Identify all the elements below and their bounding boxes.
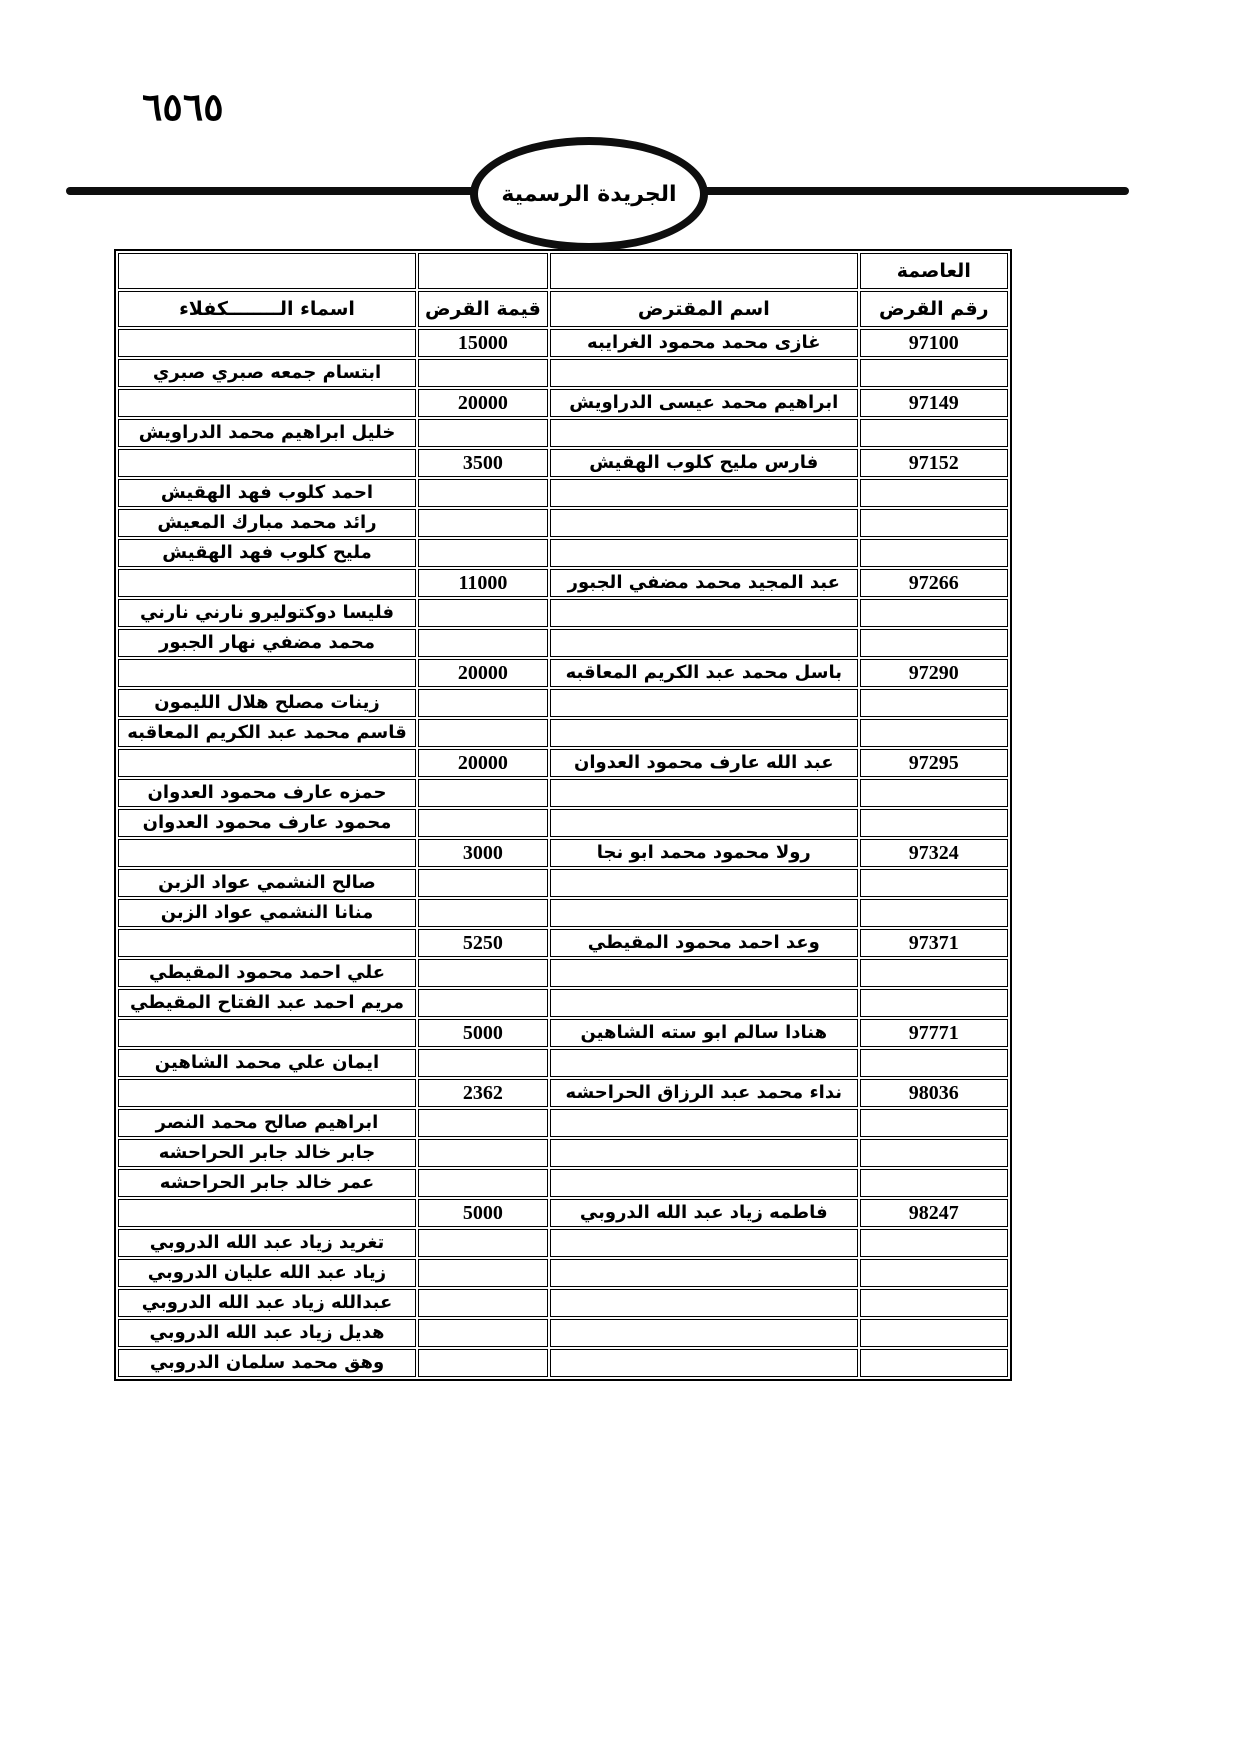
borrower-cell [550, 689, 858, 717]
guarantor-cell [118, 569, 416, 597]
borrower-cell: رولا محمود محمد ابو نجا [550, 839, 858, 867]
borrower-cell: هنادا سالم ابو سته الشاهين [550, 1019, 858, 1047]
empty-cell [118, 253, 416, 289]
amount-cell [418, 1049, 548, 1077]
borrower-cell [550, 1109, 858, 1137]
amount-cell [418, 989, 548, 1017]
amount-cell [418, 1349, 548, 1377]
loan-number-cell [860, 1289, 1008, 1317]
guarantor-cell: محمد مضفي نهار الجبور [118, 629, 416, 657]
amount-cell [418, 509, 548, 537]
amount-cell: 15000 [418, 329, 548, 357]
guarantor-row: رائد محمد مبارك المعيش [118, 509, 1008, 537]
guarantor-cell: علي احمد محمود المقيطي [118, 959, 416, 987]
guarantor-cell: ابراهيم صالح محمد النصر [118, 1109, 416, 1137]
loan-row: 97371وعد احمد محمود المقيطي5250 [118, 929, 1008, 957]
borrower-cell [550, 779, 858, 807]
amount-cell: 20000 [418, 389, 548, 417]
guarantor-row: حمزه عارف محمود العدوان [118, 779, 1008, 807]
page-number: ٦٥٦٥ [142, 84, 224, 129]
amount-cell [418, 809, 548, 837]
amount-cell [418, 959, 548, 987]
guarantor-cell [118, 1079, 416, 1107]
amount-cell [418, 1109, 548, 1137]
loan-number-cell [860, 809, 1008, 837]
guarantor-cell [118, 329, 416, 357]
guarantor-row: محمد مضفي نهار الجبور [118, 629, 1008, 657]
loan-row: 98036نداء محمد عبد الرزاق الحراحشه2362 [118, 1079, 1008, 1107]
borrower-cell [550, 989, 858, 1017]
borrower-cell [550, 869, 858, 897]
loan-number-cell: 97295 [860, 749, 1008, 777]
loan-number-cell [860, 539, 1008, 567]
borrower-cell: عبد المجيد محمد مضفي الجبور [550, 569, 858, 597]
guarantor-cell: حمزه عارف محمود العدوان [118, 779, 416, 807]
borrower-cell [550, 959, 858, 987]
region-label-cell: العاصمة [860, 253, 1008, 289]
loan-number-cell [860, 359, 1008, 387]
borrower-cell [550, 1319, 858, 1347]
guarantor-row: وهق محمد سلمان الدروبي [118, 1349, 1008, 1377]
guarantor-cell: ايمان علي محمد الشاهين [118, 1049, 416, 1077]
guarantor-row: زينات مصلح هلال الليمون [118, 689, 1008, 717]
guarantor-row: مريم احمد عبد الفتاح المقيطي [118, 989, 1008, 1017]
guarantor-cell: وهق محمد سلمان الدروبي [118, 1349, 416, 1377]
loan-number-cell: 97324 [860, 839, 1008, 867]
guarantor-cell: رائد محمد مبارك المعيش [118, 509, 416, 537]
loan-number-cell [860, 869, 1008, 897]
guarantor-cell: مليح كلوب فهد الهقيش [118, 539, 416, 567]
loans-table: العاصمة رقم القرض اسم المقترض قيمة القرض… [114, 249, 1012, 1381]
guarantor-cell: فليسا دوكتوليرو نارني نارني [118, 599, 416, 627]
borrower-cell: عبد الله عارف محمود العدوان [550, 749, 858, 777]
amount-cell: 20000 [418, 659, 548, 687]
guarantor-cell: احمد كلوب فهد الهقيش [118, 479, 416, 507]
loan-amount-header: قيمة القرض [418, 291, 548, 327]
borrower-cell [550, 479, 858, 507]
borrower-cell: فاطمه زياد عبد الله الدروبي [550, 1199, 858, 1227]
loan-row: 98247فاطمه زياد عبد الله الدروبي5000 [118, 1199, 1008, 1227]
loan-number-cell [860, 1259, 1008, 1287]
masthead-title: الجريدة الرسمية [501, 182, 676, 207]
amount-cell: 11000 [418, 569, 548, 597]
guarantor-cell: زياد عبد الله عليان الدروبي [118, 1259, 416, 1287]
guarantor-cell [118, 449, 416, 477]
loan-row: 97290باسل محمد عبد الكريم المعاقبه20000 [118, 659, 1008, 687]
borrower-cell [550, 809, 858, 837]
guarantor-cell [118, 839, 416, 867]
guarantor-cell: عمر خالد جابر الحراحشه [118, 1169, 416, 1197]
loan-number-cell [860, 719, 1008, 747]
guarantor-row: عمر خالد جابر الحراحشه [118, 1169, 1008, 1197]
loan-number-cell [860, 1229, 1008, 1257]
amount-cell: 5000 [418, 1019, 548, 1047]
borrower-cell [550, 1049, 858, 1077]
amount-cell [418, 1259, 548, 1287]
empty-cell [550, 253, 858, 289]
guarantor-row: قاسم محمد عبد الكريم المعاقبه [118, 719, 1008, 747]
borrower-cell [550, 1259, 858, 1287]
borrower-cell [550, 1169, 858, 1197]
amount-cell [418, 1139, 548, 1167]
borrower-cell [550, 629, 858, 657]
guarantor-cell: جابر خالد جابر الحراحشه [118, 1139, 416, 1167]
borrower-cell [550, 719, 858, 747]
loan-row: 97100غازى محمد محمود الغرايبه15000 [118, 329, 1008, 357]
guarantor-cell: قاسم محمد عبد الكريم المعاقبه [118, 719, 416, 747]
loan-number-cell [860, 419, 1008, 447]
guarantor-cell: صالح النشمي عواد الزبن [118, 869, 416, 897]
amount-cell [418, 719, 548, 747]
loan-number-cell [860, 599, 1008, 627]
guarantor-row: عبدالله زياد عبد الله الدروبي [118, 1289, 1008, 1317]
amount-cell: 5250 [418, 929, 548, 957]
loan-number-cell: 97290 [860, 659, 1008, 687]
loan-number-cell [860, 989, 1008, 1017]
borrower-cell [550, 419, 858, 447]
loan-number-cell: 97152 [860, 449, 1008, 477]
empty-cell [418, 253, 548, 289]
guarantor-row: خليل ابراهيم محمد الدراويش [118, 419, 1008, 447]
borrower-cell [550, 599, 858, 627]
amount-cell [418, 479, 548, 507]
guarantor-row: علي احمد محمود المقيطي [118, 959, 1008, 987]
borrower-cell [550, 1349, 858, 1377]
borrower-cell: باسل محمد عبد الكريم المعاقبه [550, 659, 858, 687]
amount-cell [418, 1229, 548, 1257]
loan-number-cell: 97371 [860, 929, 1008, 957]
borrower-cell [550, 899, 858, 927]
amount-cell [418, 599, 548, 627]
loan-row: 97771هنادا سالم ابو سته الشاهين5000 [118, 1019, 1008, 1047]
borrower-cell [550, 539, 858, 567]
borrower-cell [550, 359, 858, 387]
amount-cell: 3000 [418, 839, 548, 867]
loan-number-cell [860, 1169, 1008, 1197]
loan-number-cell: 98036 [860, 1079, 1008, 1107]
loan-number-cell [860, 479, 1008, 507]
borrower-cell [550, 1289, 858, 1317]
borrower-cell: غازى محمد محمود الغرايبه [550, 329, 858, 357]
loan-row: 97295عبد الله عارف محمود العدوان20000 [118, 749, 1008, 777]
borrower-cell: وعد احمد محمود المقيطي [550, 929, 858, 957]
loan-number-cell [860, 1319, 1008, 1347]
amount-cell [418, 629, 548, 657]
amount-cell [418, 539, 548, 567]
guarantor-cell [118, 659, 416, 687]
guarantor-cell: تغريد زياد عبد الله الدروبي [118, 1229, 416, 1257]
amount-cell [418, 779, 548, 807]
amount-cell [418, 419, 548, 447]
borrower-cell [550, 1139, 858, 1167]
guarantor-cell [118, 1019, 416, 1047]
loan-row: 97266عبد المجيد محمد مضفي الجبور11000 [118, 569, 1008, 597]
amount-cell [418, 1289, 548, 1317]
guarantor-cell: هديل زياد عبد الله الدروبي [118, 1319, 416, 1347]
loan-number-cell: 97771 [860, 1019, 1008, 1047]
amount-cell [418, 359, 548, 387]
guarantor-cell: خليل ابراهيم محمد الدراويش [118, 419, 416, 447]
loan-row: 97324رولا محمود محمد ابو نجا3000 [118, 839, 1008, 867]
guarantor-row: هديل زياد عبد الله الدروبي [118, 1319, 1008, 1347]
borrower-name-header: اسم المقترض [550, 291, 858, 327]
loan-number-cell: 97100 [860, 329, 1008, 357]
guarantor-cell [118, 749, 416, 777]
guarantor-cell: محمود عارف محمود العدوان [118, 809, 416, 837]
loan-number-cell [860, 1139, 1008, 1167]
amount-cell [418, 689, 548, 717]
loan-table-body: العاصمة رقم القرض اسم المقترض قيمة القرض… [118, 253, 1008, 1377]
loan-number-cell [860, 629, 1008, 657]
amount-cell [418, 1319, 548, 1347]
column-header-row: رقم القرض اسم المقترض قيمة القرض اسماء ا… [118, 291, 1008, 327]
amount-cell [418, 1169, 548, 1197]
amount-cell [418, 869, 548, 897]
masthead-oval: الجريدة الرسمية [470, 137, 708, 251]
guarantor-row: فليسا دوكتوليرو نارني نارني [118, 599, 1008, 627]
guarantor-row: ابراهيم صالح محمد النصر [118, 1109, 1008, 1137]
guarantor-cell [118, 389, 416, 417]
guarantor-cell: ابتسام جمعه صبري صبري [118, 359, 416, 387]
loan-number-header: رقم القرض [860, 291, 1008, 327]
loan-number-cell [860, 509, 1008, 537]
loan-number-cell [860, 1349, 1008, 1377]
guarantor-row: زياد عبد الله عليان الدروبي [118, 1259, 1008, 1287]
loan-number-cell: 97266 [860, 569, 1008, 597]
loan-number-cell [860, 689, 1008, 717]
loan-number-cell [860, 899, 1008, 927]
loan-number-cell: 97149 [860, 389, 1008, 417]
guarantor-cell: عبدالله زياد عبد الله الدروبي [118, 1289, 416, 1317]
borrower-cell: فارس مليح كلوب الهقيش [550, 449, 858, 477]
loan-row: 97152فارس مليح كلوب الهقيش3500 [118, 449, 1008, 477]
borrower-cell: نداء محمد عبد الرزاق الحراحشه [550, 1079, 858, 1107]
guarantor-row: مليح كلوب فهد الهقيش [118, 539, 1008, 567]
borrower-cell [550, 509, 858, 537]
loan-row: 97149ابراهيم محمد عيسى الدراويش20000 [118, 389, 1008, 417]
guarantor-cell: مريم احمد عبد الفتاح المقيطي [118, 989, 416, 1017]
guarantor-names-header: اسماء الــــــــكفلاء [118, 291, 416, 327]
borrower-cell [550, 1229, 858, 1257]
loan-number-cell: 98247 [860, 1199, 1008, 1227]
guarantor-row: احمد كلوب فهد الهقيش [118, 479, 1008, 507]
guarantor-row: منانا النشمي عواد الزبن [118, 899, 1008, 927]
guarantor-row: ايمان علي محمد الشاهين [118, 1049, 1008, 1077]
loan-number-cell [860, 779, 1008, 807]
guarantor-row: جابر خالد جابر الحراحشه [118, 1139, 1008, 1167]
region-header-row: العاصمة [118, 253, 1008, 289]
guarantor-row: ابتسام جمعه صبري صبري [118, 359, 1008, 387]
loan-number-cell [860, 1049, 1008, 1077]
gazette-page: ٦٥٦٥ الجريدة الرسمية العاصمة رقم القرض ا… [0, 0, 1241, 1755]
loan-number-cell [860, 959, 1008, 987]
guarantor-cell: منانا النشمي عواد الزبن [118, 899, 416, 927]
guarantor-row: صالح النشمي عواد الزبن [118, 869, 1008, 897]
amount-cell: 20000 [418, 749, 548, 777]
amount-cell: 3500 [418, 449, 548, 477]
guarantor-row: تغريد زياد عبد الله الدروبي [118, 1229, 1008, 1257]
guarantor-row: محمود عارف محمود العدوان [118, 809, 1008, 837]
guarantor-cell: زينات مصلح هلال الليمون [118, 689, 416, 717]
amount-cell: 2362 [418, 1079, 548, 1107]
guarantor-cell [118, 1199, 416, 1227]
amount-cell [418, 899, 548, 927]
loan-number-cell [860, 1109, 1008, 1137]
guarantor-cell [118, 929, 416, 957]
amount-cell: 5000 [418, 1199, 548, 1227]
borrower-cell: ابراهيم محمد عيسى الدراويش [550, 389, 858, 417]
